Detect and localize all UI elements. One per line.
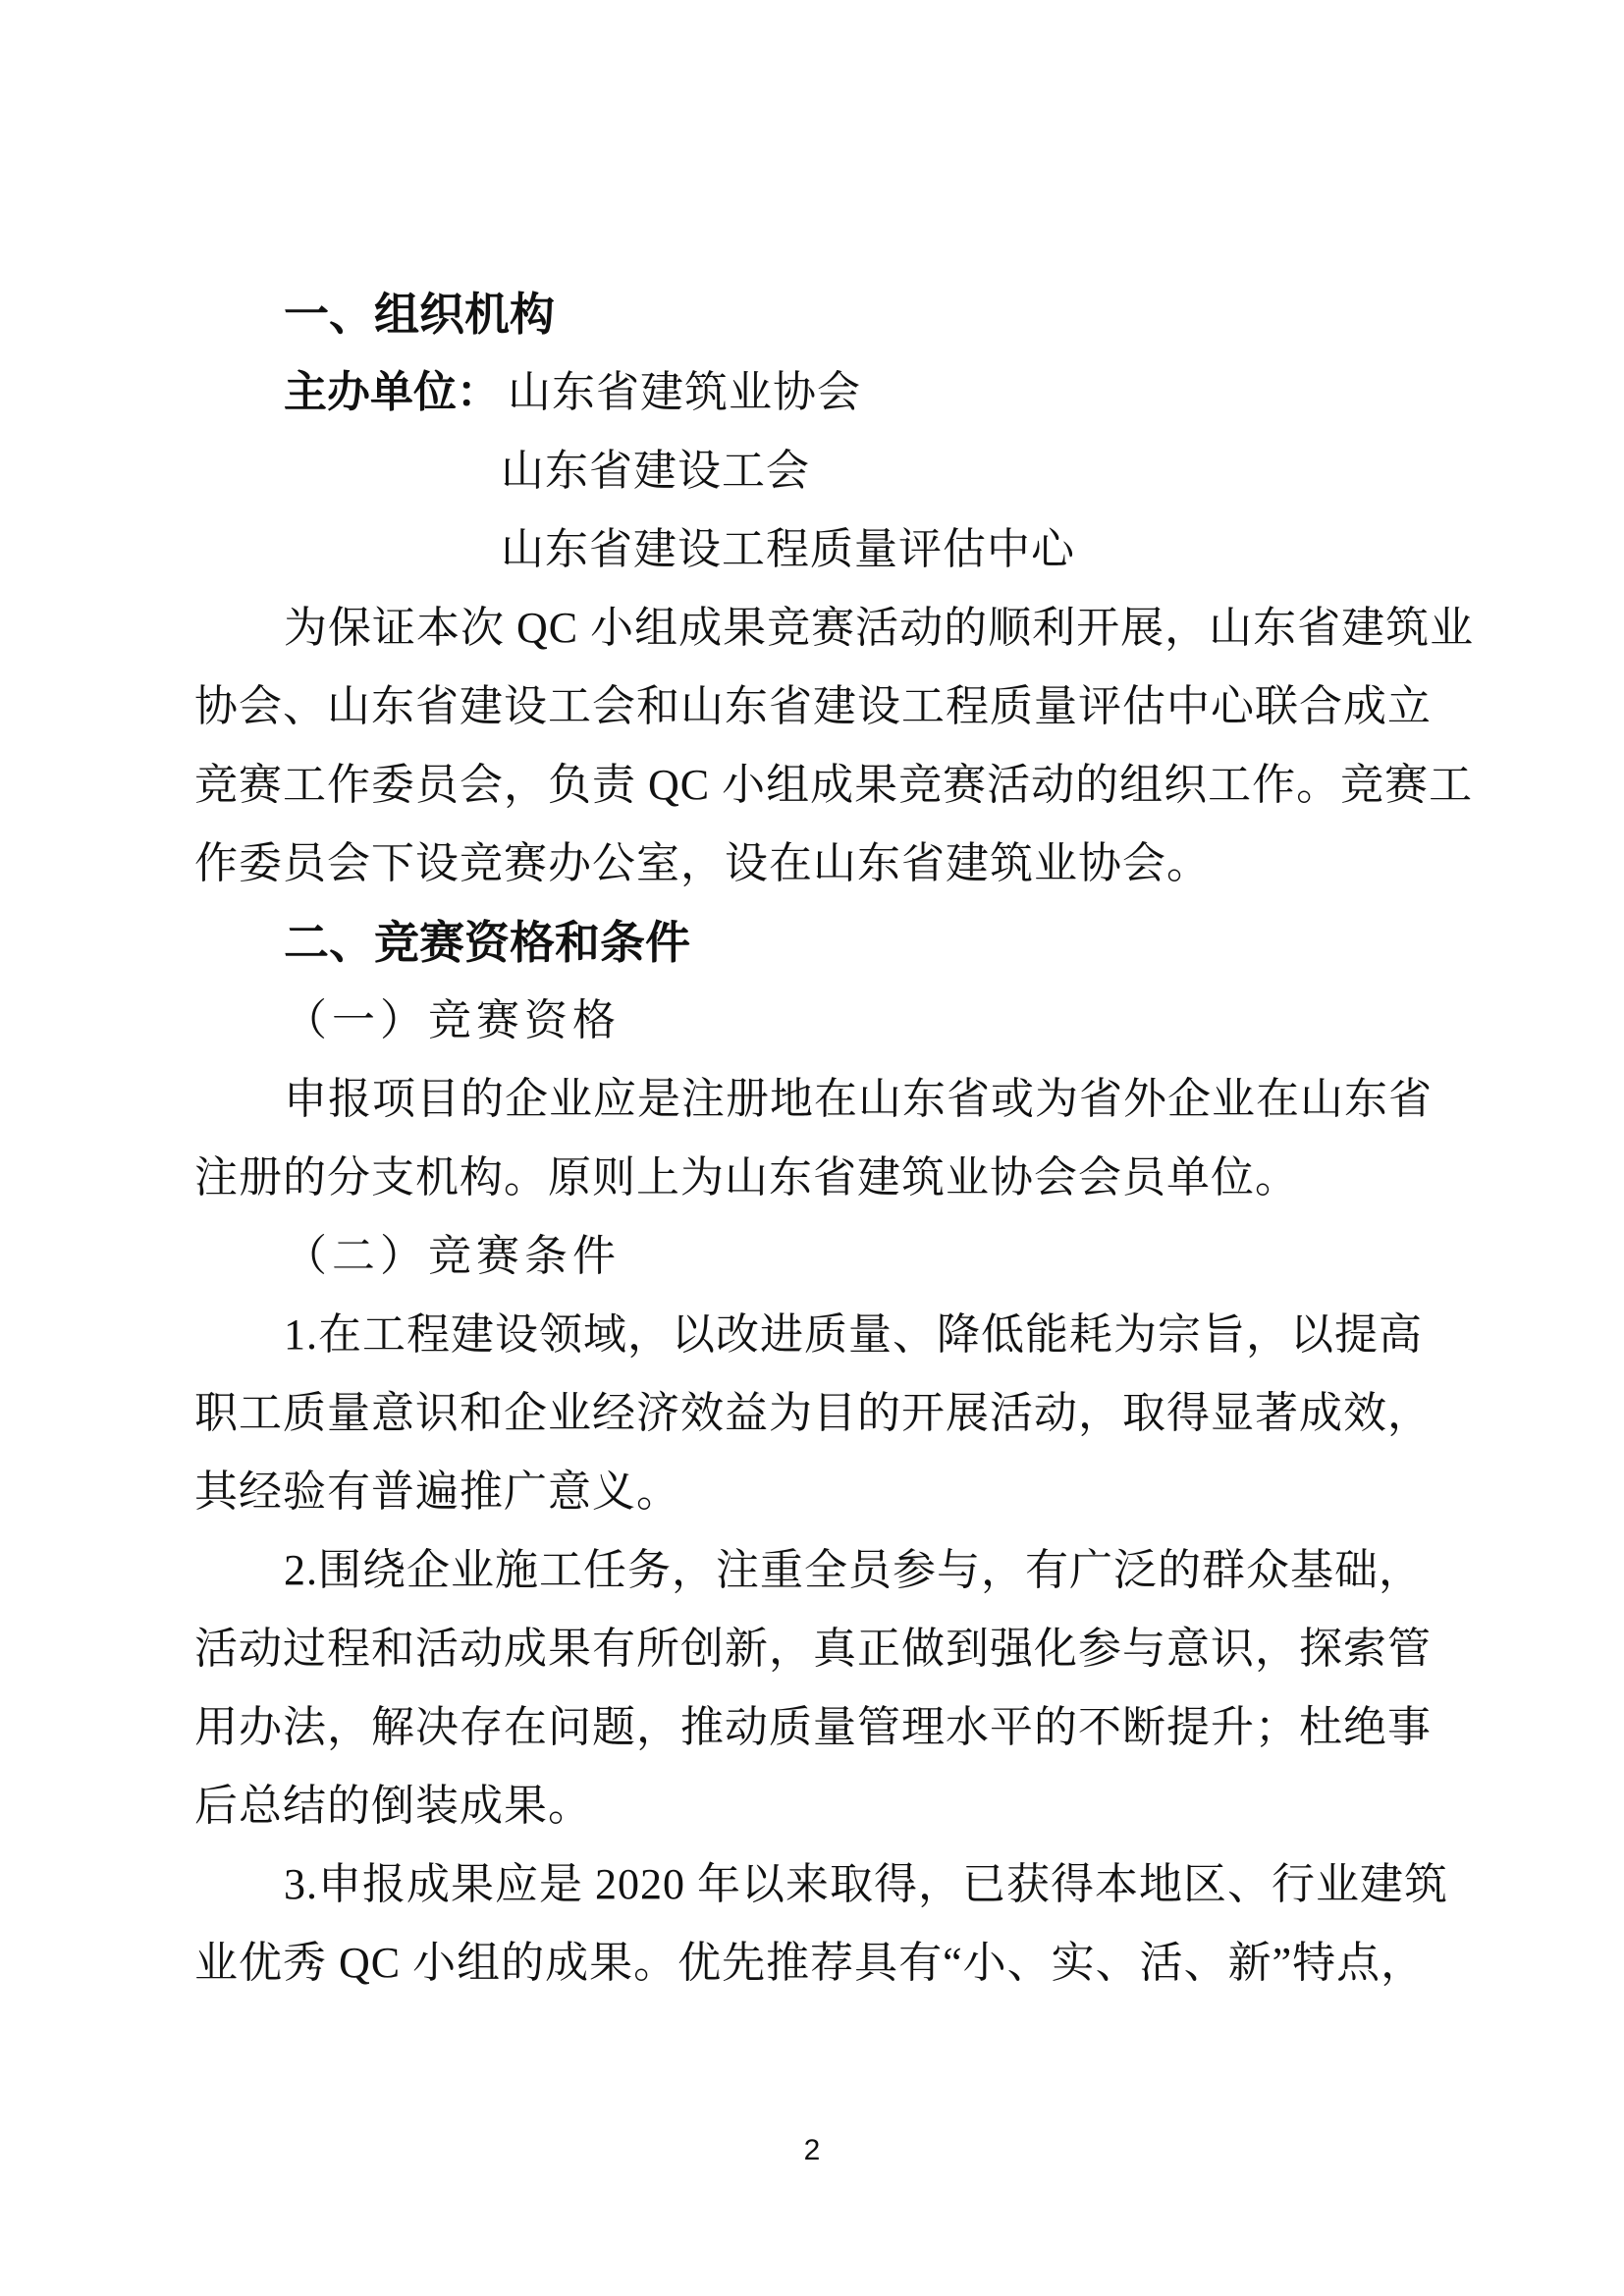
sub-heading-2: （二）竞赛条件 <box>194 1217 1428 1296</box>
paragraph-1-line-1: 为保证本次 QC 小组成果竞赛活动的顺利开展，山东省建筑业 <box>194 589 1428 667</box>
page-number: 2 <box>0 2126 1624 2175</box>
paragraph-4-line-4: 后总结的倒装成果。 <box>194 1767 1428 1845</box>
host-units-line: 主办单位：山东省建筑业协会 <box>194 353 1428 432</box>
host-units-label: 主办单位： <box>284 368 500 416</box>
document-body: 一、组织机构 主办单位：山东省建筑业协会 山东省建设工会 山东省建设工程质量评估… <box>194 275 1428 2002</box>
paragraph-1-line-2: 协会、山东省建设工会和山东省建设工程质量评估中心联合成立 <box>194 667 1428 746</box>
section-heading-1: 一、组织机构 <box>194 275 1428 353</box>
paragraph-2-line-2: 注册的分支机构。原则上为山东省建筑业协会会员单位。 <box>194 1139 1428 1217</box>
paragraph-5-line-2: 业优秀 QC 小组的成果。优先推荐具有“小、实、活、新”特点， <box>194 1924 1428 2002</box>
paragraph-1-line-4: 作委员会下设竞赛办公室，设在山东省建筑业协会。 <box>194 825 1428 903</box>
document-page: 一、组织机构 主办单位：山东省建筑业协会 山东省建设工会 山东省建设工程质量评估… <box>0 0 1624 2296</box>
paragraph-3-line-3: 其经验有普遍推广意义。 <box>194 1453 1428 1531</box>
paragraph-5-line-1: 3.申报成果应是 2020 年以来取得，已获得本地区、行业建筑 <box>194 1845 1428 1924</box>
paragraph-3-line-1: 1.在工程建设领域，以改进质量、降低能耗为宗旨，以提高 <box>194 1296 1428 1374</box>
section-heading-2: 二、竞赛资格和条件 <box>194 903 1428 982</box>
host-org-3: 山东省建设工程质量评估中心 <box>194 510 1428 589</box>
paragraph-4-line-2: 活动过程和活动成果有所创新，真正做到强化参与意识，探索管 <box>194 1610 1428 1688</box>
sub-heading-1: （一）竞赛资格 <box>194 982 1428 1060</box>
paragraph-4-line-1: 2.围绕企业施工任务，注重全员参与，有广泛的群众基础， <box>194 1531 1428 1610</box>
host-org-2: 山东省建设工会 <box>194 432 1428 510</box>
host-org-1: 山东省建筑业协会 <box>500 368 861 416</box>
paragraph-4-line-3: 用办法，解决存在问题，推动质量管理水平的不断提升；杜绝事 <box>194 1688 1428 1767</box>
paragraph-1-line-3: 竞赛工作委员会，负责 QC 小组成果竞赛活动的组织工作。竞赛工 <box>194 746 1428 825</box>
paragraph-3-line-2: 职工质量意识和企业经济效益为目的开展活动，取得显著成效， <box>194 1374 1428 1453</box>
paragraph-2-line-1: 申报项目的企业应是注册地在山东省或为省外企业在山东省 <box>194 1060 1428 1139</box>
